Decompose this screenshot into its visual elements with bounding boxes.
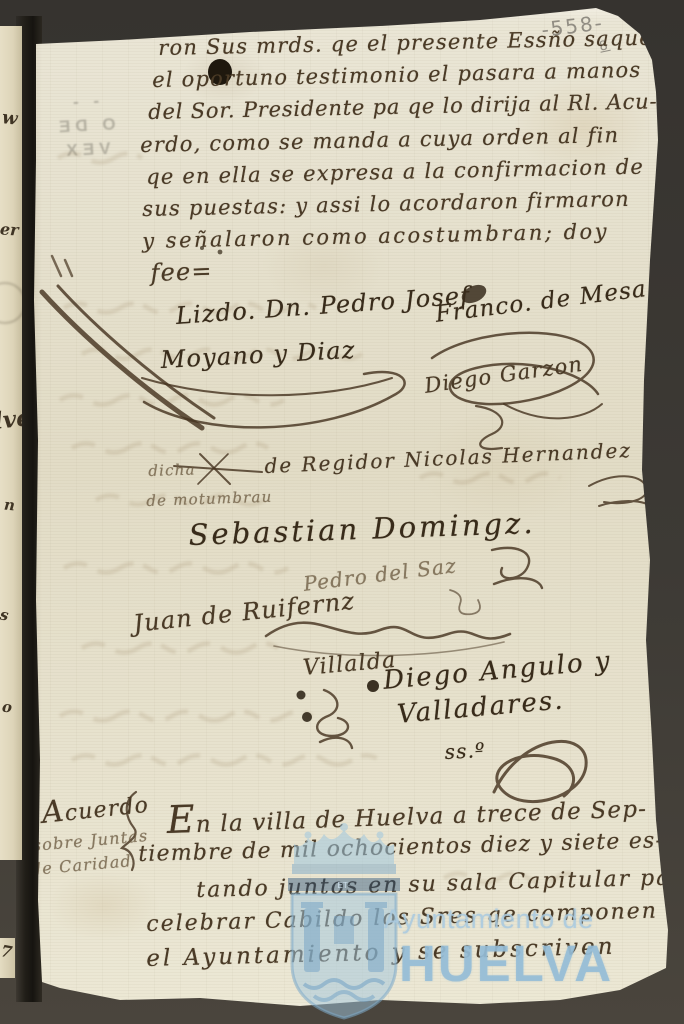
ink-dot: [302, 712, 312, 722]
margin-ink-marks: [52, 256, 72, 276]
facing-page-stamp-ring: [0, 282, 22, 324]
moyano-rubric-flourish: [144, 372, 405, 427]
hernandez-rubric-flourish: [589, 476, 654, 510]
manuscript-page: - - O DE VEX: [24, 6, 680, 1018]
villalda-monogram-rubric: [317, 690, 352, 748]
facing-page-text-fragment: n: [3, 496, 15, 515]
facing-page-text-fragment: er: [0, 219, 19, 239]
facing-page-corner-fragment: 7: [0, 938, 15, 978]
facing-page-text-fragment: lve: [0, 404, 22, 435]
garzon-rubric-flourish: [476, 406, 502, 449]
facing-page-text-fragment: w: [1, 107, 19, 130]
saz-rubric-flourish: [450, 590, 480, 614]
facing-page-text-fragment: o: [2, 698, 13, 716]
facing-page-edge: w er lve n s o: [0, 26, 22, 860]
facing-page-text-fragment: s: [0, 605, 10, 624]
mesa-rubric-flourish: [504, 404, 602, 418]
interline-note-lead: dicha: [148, 460, 196, 480]
signature-angulo: ss.º: [444, 738, 486, 764]
dominguez-rubric-flourish: [492, 548, 542, 588]
ruifernz-rubric-flourish: [266, 623, 510, 639]
archival-scan: w er lve n s o 7 - - O DE VEX: [0, 0, 684, 1024]
body-line: fee=: [150, 257, 213, 287]
ink-blot: [367, 680, 379, 692]
ink-dot: [297, 691, 306, 700]
facing-page-text-fragment: 7: [0, 941, 14, 962]
